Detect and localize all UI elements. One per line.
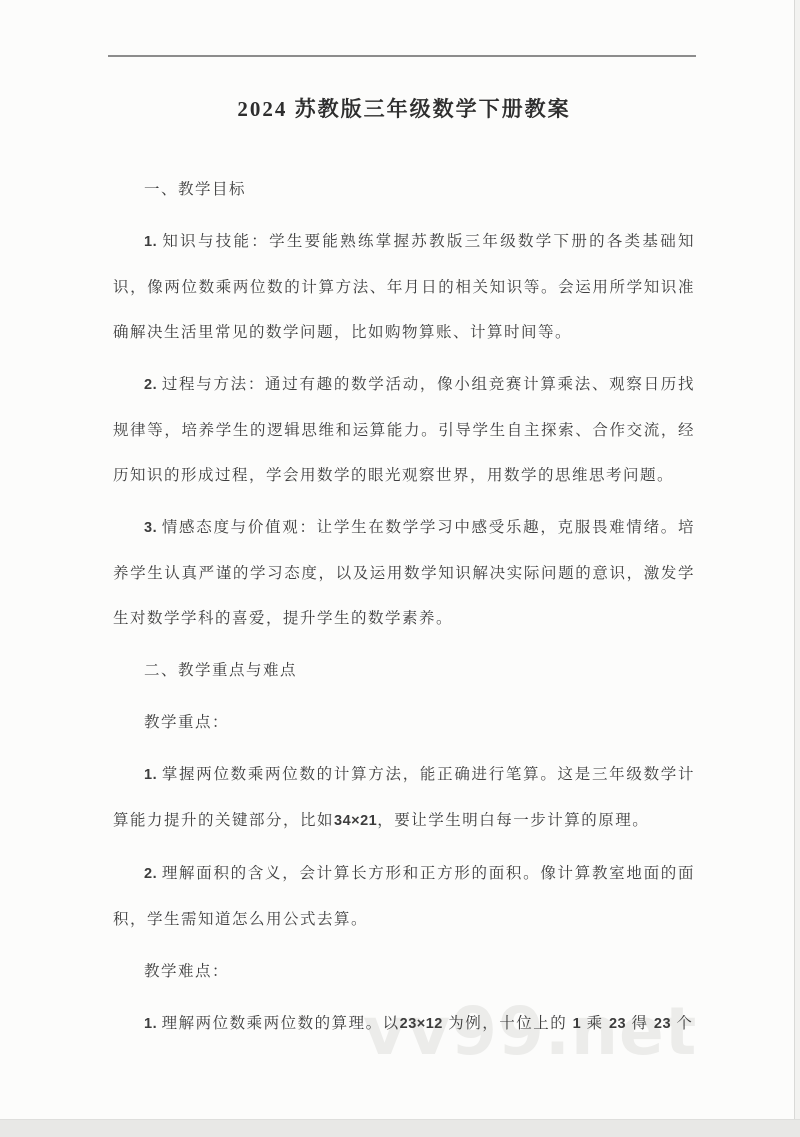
text-segment: 23 bbox=[654, 1016, 671, 1032]
text-segment: 二、教学重点与难点 bbox=[144, 662, 297, 679]
text-segment: 理解面积的含义，会计算长方形和正方形的面积。像计算教室地面的面积，学生需知道怎么… bbox=[113, 865, 695, 928]
document-title: 2024 苏教版三年级数学下册教案 bbox=[113, 94, 695, 125]
text-segment: 理解两位数乘两位数的算理。以 bbox=[162, 1015, 400, 1032]
subheading: 教学难点： bbox=[113, 949, 695, 994]
text-segment: 过程与方法：通过有趣的数学活动，像小组竞赛计算乘法、观察日历找规律等，培养学生的… bbox=[113, 376, 695, 484]
heading: 一、教学目标 bbox=[113, 167, 695, 212]
text-segment: 1 bbox=[573, 1016, 582, 1032]
text-segment: 3. bbox=[144, 520, 162, 536]
text-segment: 1. bbox=[144, 234, 162, 250]
text-segment: 得 bbox=[626, 1015, 654, 1032]
text-segment: 教学难点： bbox=[144, 963, 229, 980]
text-segment: 2. bbox=[144, 377, 162, 393]
document-blocks: 一、教学目标1. 知识与技能：学生要能熟练掌握苏教版三年级数学下册的各类基础知识… bbox=[113, 167, 695, 1047]
viewer-background: { "watermark": { "text": "vv99.net", "co… bbox=[0, 0, 800, 1137]
page-top-rule bbox=[108, 55, 696, 57]
text-segment: 一、教学目标 bbox=[144, 181, 246, 198]
text-segment: 情感态度与价值观：让学生在数学学习中感受乐趣，克服畏难情绪。培养学生认真严谨的学… bbox=[113, 519, 695, 627]
paragraph: 1. 理解两位数乘两位数的算理。以23×12 为例，十位上的 1 乘 23 得 … bbox=[113, 1001, 695, 1047]
paragraph: 2. 理解面积的含义，会计算长方形和正方形的面积。像计算教室地面的面积，学生需知… bbox=[113, 851, 695, 942]
subheading: 教学重点： bbox=[113, 700, 695, 745]
paragraph: 1. 知识与技能：学生要能熟练掌握苏教版三年级数学下册的各类基础知识，像两位数乘… bbox=[113, 219, 695, 355]
text-segment: 为例，十位上的 bbox=[443, 1015, 573, 1032]
paragraph: 1. 掌握两位数乘两位数的计算方法，能正确进行笔算。这是三年级数学计算能力提升的… bbox=[113, 752, 695, 844]
text-segment: 34×21 bbox=[334, 813, 377, 829]
text-segment: 2. bbox=[144, 866, 162, 882]
heading: 二、教学重点与难点 bbox=[113, 648, 695, 693]
paragraph: 3. 情感态度与价值观：让学生在数学学习中感受乐趣，克服畏难情绪。培养学生认真严… bbox=[113, 505, 695, 641]
text-segment: 23 bbox=[609, 1016, 626, 1032]
text-segment: 教学重点： bbox=[144, 714, 229, 731]
text-segment: 知识与技能：学生要能熟练掌握苏教版三年级数学下册的各类基础知识，像两位数乘两位数… bbox=[113, 233, 695, 341]
text-segment: 乘 bbox=[581, 1015, 609, 1032]
document-page: vv99.net 2024 苏教版三年级数学下册教案 一、教学目标1. 知识与技… bbox=[0, 0, 795, 1120]
document-content: 2024 苏教版三年级数学下册教案 一、教学目标1. 知识与技能：学生要能熟练掌… bbox=[113, 94, 695, 1054]
text-segment: 1. bbox=[144, 767, 162, 783]
text-segment: 个 bbox=[671, 1015, 693, 1032]
text-segment: 1. bbox=[144, 1016, 162, 1032]
paragraph: 2. 过程与方法：通过有趣的数学活动，像小组竞赛计算乘法、观察日历找规律等，培养… bbox=[113, 362, 695, 498]
text-segment: 23×12 bbox=[400, 1016, 443, 1032]
page-gap-strip bbox=[0, 1119, 800, 1137]
text-segment: ，要让学生明白每一步计算的原理。 bbox=[377, 812, 649, 829]
